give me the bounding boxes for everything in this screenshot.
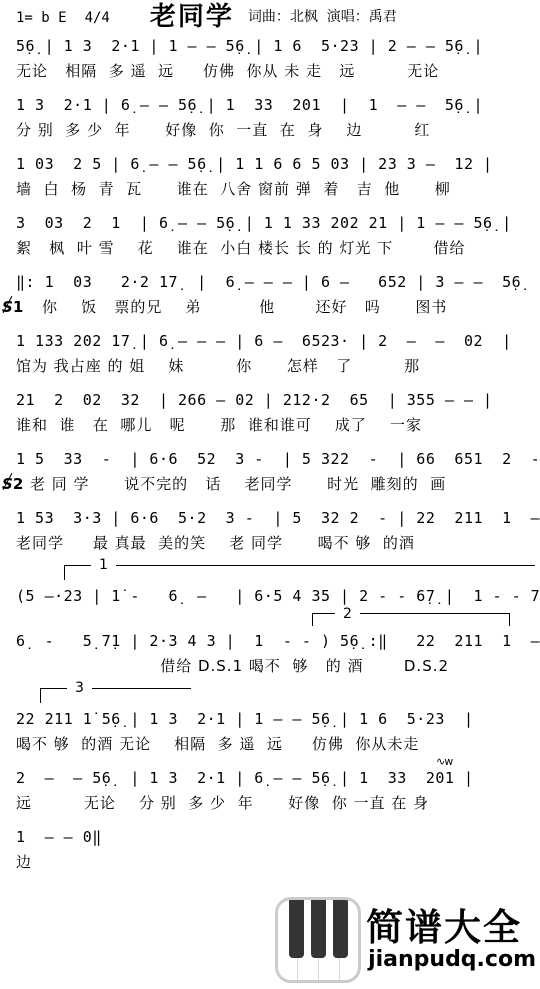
lyrics-line: 借给 D.S.1 喝不 够 的 酒 D.S.2 — [16, 654, 534, 679]
notation-line: 1 — — 0‖ — [16, 825, 534, 850]
system-7: 21 2 02 32 | 266 — 02 | 212·2 65 | 355 —… — [16, 388, 534, 438]
system-2: 1 3 2·1 | 6̣ — — 5̣6̣ | 1 33 201 | 1 — —… — [16, 93, 534, 143]
lyrics-line: 墙 白 杨 青 瓦 谁在 八舍 窗前 弹 着 吉 他 柳 — [16, 177, 534, 202]
mordent-ornament-icon: ∿w — [436, 755, 452, 768]
lyrics-line: 远 无论 分 别 多 少 年 好像 你 一直 在 身 — [16, 791, 534, 816]
lyrics-line: 分 别 多 少 年 好像 你 一直 在 身 边 红 — [16, 118, 534, 143]
notation-line: 1 03 2 5 | 6̣ — — 5̣6̣ | 1 1 6 6 5 03 | … — [16, 152, 534, 177]
credits: 词曲：北枫 演唱：禹君 — [248, 6, 397, 30]
notation-line: 6̣ - 5̣ 7̣1 | 2·3 4 3 | 1 - - ) 5̣6̣ :‖ … — [16, 629, 534, 654]
piano-black-key — [333, 898, 348, 958]
system-14: 1 — — 0‖ 边 — [16, 825, 534, 875]
notation-line: 5̣6̣ | 1 3 2·1 | 1 — — 5̣6̣ | 1 6 5·23 |… — [16, 34, 534, 59]
score-sheet: 1= b E 4/4 老同学 词曲：北枫 演唱：禹君 5̣6̣ | 1 3 2·… — [0, 0, 540, 875]
segno-number: 2 — [13, 475, 23, 493]
volta-number: 3 — [67, 679, 92, 697]
lyrics-line: 老 同 学 说不完的 话 老同学 时光 雕刻的 画 — [16, 472, 534, 497]
system-4: 3 03 2 1 | 6̣ — — 5̣6̣ | 1 1 33 202 21 |… — [16, 211, 534, 261]
lyrics-line: 喝不 够 的酒 无论 相隔 多 遥 远 仿佛 你从未走 — [16, 732, 534, 757]
system-11: 2 6̣ - 5̣ 7̣1 | 2·3 4 3 | 1 - - ) 5̣6̣ :… — [16, 629, 534, 679]
lyrics-line: 边 — [16, 850, 534, 875]
notation-line: (5 —·23 | 1̇ - 6̣ — | 6·5 4 35 | 2 - - 6… — [16, 584, 534, 609]
volta-number: 1 — [91, 556, 116, 574]
segno-mark-2: S2 — [2, 475, 23, 493]
score-header: 1= b E 4/4 老同学 词曲：北枫 演唱：禹君 — [16, 4, 534, 30]
notation-line: 1 3 2·1 | 6̣ — — 5̣6̣ | 1 33 201 | 1 — —… — [16, 93, 534, 118]
system-10: (5 —·23 | 1̇ - 6̣ — | 6·5 4 35 | 2 - - 6… — [16, 584, 534, 609]
lyrics-line: 谁和 谁 在 哪儿 呢 那 谁和谁可 成了 一家 — [16, 413, 534, 438]
notation-line: 1 5 33 - | 6·6 52 3 - | 5 322 - | 66 651… — [16, 447, 534, 472]
lyrics-line: 馆为 我占座 的 姐 妹 你 怎样 了 那 — [16, 354, 534, 379]
volta-bracket-3: 3 — [40, 688, 191, 703]
notation-line: 22 211 1̇ 5̣6̣ | 1 3 2·1 | 1 — — 5̣6̣ | … — [16, 707, 534, 732]
page-title: 老同学 — [150, 4, 234, 30]
segno-icon: S — [2, 298, 13, 316]
lyrics-line: 你 饭 票的兄 弟 他 还好 吗 图书 — [16, 295, 534, 320]
site-name: 简谱大全 — [366, 909, 536, 946]
piano-black-key — [289, 898, 304, 958]
notation-line: 21 2 02 32 | 266 — 02 | 212·2 65 | 355 —… — [16, 388, 534, 413]
piano-icon — [275, 897, 361, 983]
system-9: 1 53 3·3 | 6·6 5·2 3 - | 5 32 2 - | 22 2… — [16, 506, 534, 556]
notation-line: ‖: 1 03 2·2 17̣ | 6̣ — — — | 6 — 652 | 3… — [16, 270, 534, 295]
notation-line: 1 133 202 17̣ | 6̣ — — — | 6 — 6523· | 2… — [16, 329, 534, 354]
system-13: ∿w 2 — — 5̣6̣ | 1 3 2·1 | 6̣ — — 5̣6̣ | … — [16, 766, 534, 816]
volta-bracket-1: 1 — [64, 565, 535, 580]
segno-mark-1: S1 — [2, 298, 23, 316]
time-signature: 4/4 — [85, 10, 110, 30]
notation-line: 1 53 3·3 | 6·6 5·2 3 - | 5 32 2 - | 22 2… — [16, 506, 534, 531]
volta-number: 2 — [335, 605, 360, 623]
segno-number: 1 — [13, 298, 23, 316]
segno-icon: S — [2, 475, 13, 493]
site-logo-text: 简谱大全 jianpudq.com — [366, 909, 536, 971]
system-3: 1 03 2 5 | 6̣ — — 5̣6̣ | 1 1 6 6 5 03 | … — [16, 152, 534, 202]
system-12: 22 211 1̇ 5̣6̣ | 1 3 2·1 | 1 — — 5̣6̣ | … — [16, 707, 534, 757]
notation-line: 2 — — 5̣6̣ | 1 3 2·1 | 6̣ — — 5̣6̣ | 1 3… — [16, 766, 534, 791]
site-logo: 简谱大全 jianpudq.com — [275, 897, 536, 983]
lyrics-line: 老同学 最 真最 美的笑 老 同学 喝不 够 的酒 — [16, 531, 534, 556]
system-8: S2 1 5 33 - | 6·6 52 3 - | 5 322 - | 66 … — [16, 447, 534, 497]
lyrics-line: 絮 枫 叶 雪 花 谁在 小白 楼长 长 的 灯光 下 借给 — [16, 236, 534, 261]
lyrics-line: 无论 相隔 多 遥 远 仿佛 你从 未 走 远 无论 — [16, 59, 534, 84]
site-url: jianpudq.com — [366, 949, 536, 971]
system-6: 1 133 202 17̣ | 6̣ — — — | 6 — 6523· | 2… — [16, 329, 534, 379]
notation-line: 3 03 2 1 | 6̣ — — 5̣6̣ | 1 1 33 202 21 |… — [16, 211, 534, 236]
system-1: 5̣6̣ | 1 3 2·1 | 1 — — 5̣6̣ | 1 6 5·23 |… — [16, 34, 534, 84]
key-signature: 1= b E — [16, 10, 67, 30]
system-5: S1 ‖: 1 03 2·2 17̣ | 6̣ — — — | 6 — 652 … — [16, 270, 534, 320]
volta-bracket-2: 2 — [312, 613, 510, 626]
piano-black-key — [311, 898, 326, 958]
